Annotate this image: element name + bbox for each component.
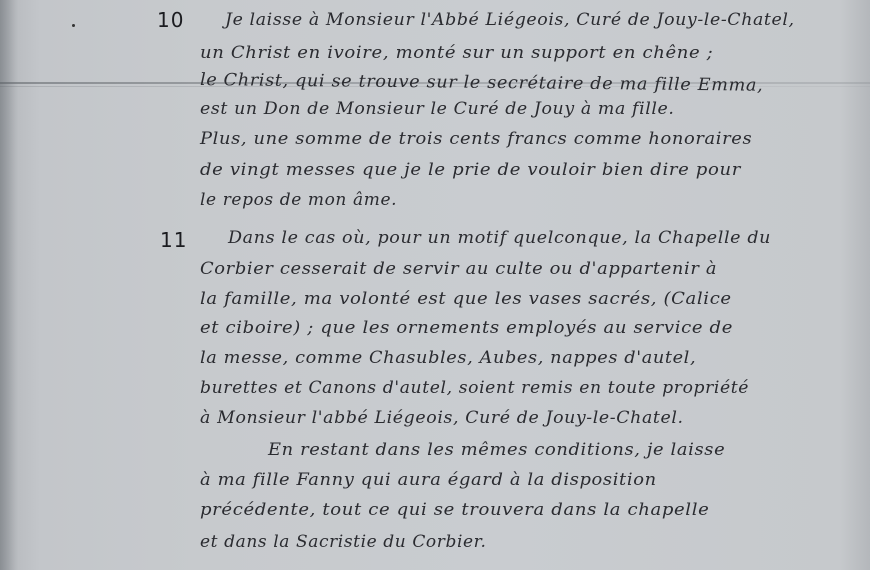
paragraph-11-line-4: et ciboire) ; que les ornements employés… <box>200 318 733 338</box>
paragraph-11-line-1: Dans le cas où, pour un motif quelconque… <box>228 228 771 248</box>
paragraph-11-line-2: Corbier cesserait de servir au culte ou … <box>200 259 717 279</box>
paragraph-11-line-10: précédente, tout ce qui se trouvera dans… <box>200 500 709 520</box>
paragraph-number-10: 10 <box>157 8 184 32</box>
paragraph-10-line-4: est un Don de Monsieur le Curé de Jouy à… <box>200 99 675 119</box>
paragraph-11-line-5: la messe, comme Chasubles, Aubes, nappes… <box>200 348 696 368</box>
paragraph-11-line-11: et dans la Sacristie du Corbier. <box>200 532 487 552</box>
paragraph-10-line-3: le Christ, qui se trouve sur le secrétai… <box>200 70 764 96</box>
paragraph-10-line-1: Je laisse à Monsieur l'Abbé Liégeois, Cu… <box>225 10 795 30</box>
manuscript-page: 10 Je laisse à Monsieur l'Abbé Liégeois,… <box>0 0 870 570</box>
paragraph-10-line-2: un Christ en ivoire, monté sur un suppor… <box>200 43 713 63</box>
paragraph-10-line-5: Plus, une somme de trois cents francs co… <box>200 129 752 149</box>
paragraph-11-line-7: à Monsieur l'abbé Liégeois, Curé de Jouy… <box>200 408 684 428</box>
paragraph-10-line-7: le repos de mon âme. <box>200 190 397 210</box>
paragraph-10-line-6: de vingt messes que je le prie de vouloi… <box>200 160 741 180</box>
paragraph-11-line-9: à ma fille Fanny qui aura égard à la dis… <box>200 470 657 490</box>
paragraph-11-line-3: la famille, ma volonté est que les vases… <box>200 289 732 309</box>
paragraph-11-line-6: burettes et Canons d'autel, soient remis… <box>200 378 749 398</box>
paragraph-number-11: 11 <box>160 228 187 252</box>
ink-dot <box>72 24 75 27</box>
paragraph-11-line-8: En restant dans les mêmes conditions, je… <box>268 440 725 460</box>
